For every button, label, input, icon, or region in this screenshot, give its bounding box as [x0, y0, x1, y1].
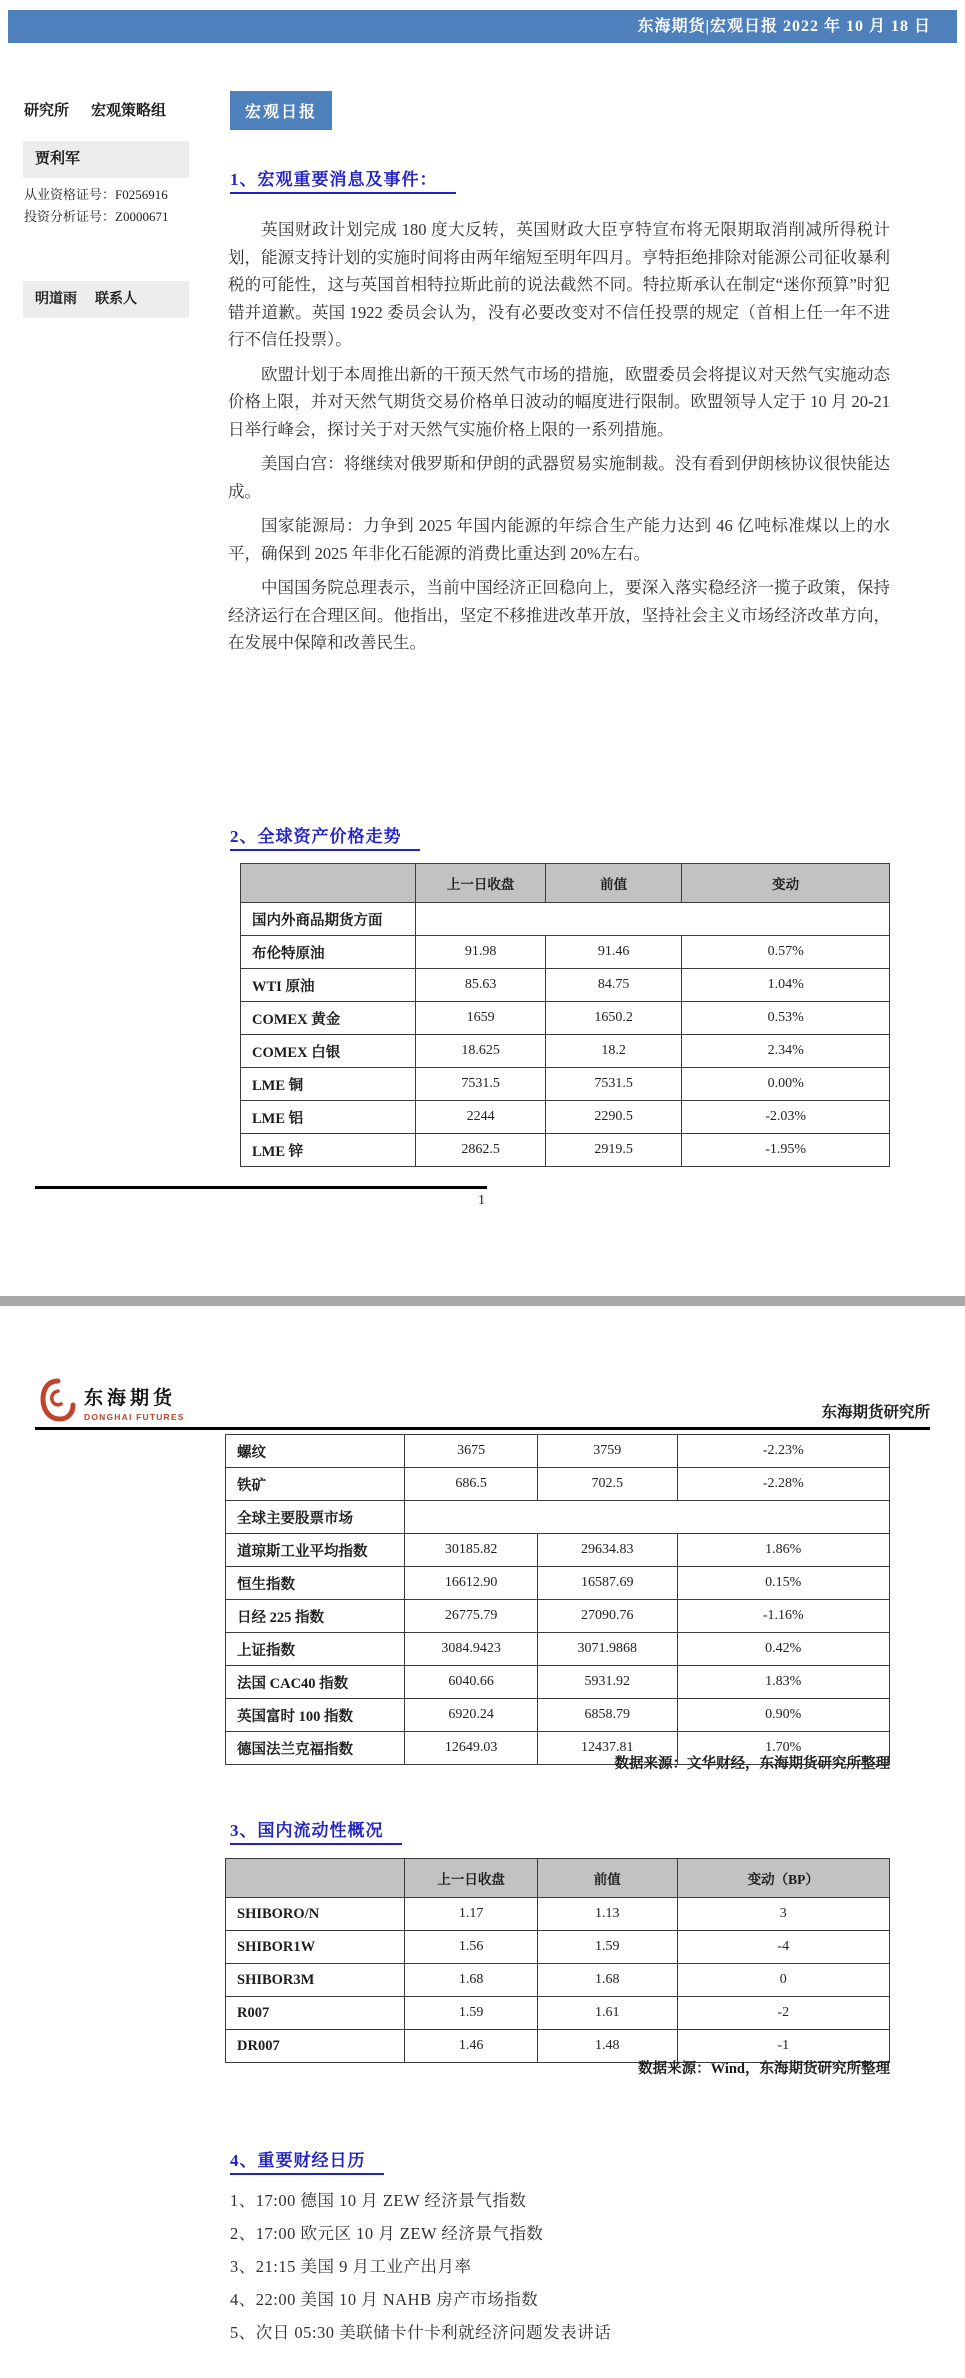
asset-label: 英国富时 100 指数	[226, 1699, 405, 1732]
prior-value: 702.5	[538, 1468, 677, 1501]
prev-close-value: 26775.79	[405, 1600, 538, 1633]
economic-calendar-list: 1、17:00 德国 10 月 ZEW 经济景气指数2、17:00 欧元区 10…	[230, 2184, 890, 2349]
prev-close-value: 3084.9423	[405, 1633, 538, 1666]
change-bp-value: -2	[677, 1997, 890, 2030]
prev-close-value: 30185.82	[405, 1534, 538, 1567]
calendar-item: 1、17:00 德国 10 月 ZEW 经济景气指数	[230, 2184, 890, 2217]
prior-value: 2290.5	[546, 1101, 682, 1134]
team-label: 宏观策略组	[91, 103, 166, 119]
section3-heading: 3、国内流动性概况	[230, 1821, 402, 1845]
contact-role: 联系人	[95, 292, 137, 307]
header-rule	[35, 1427, 930, 1430]
header-cell: 变动（BP）	[677, 1859, 890, 1898]
page-number: 1	[478, 1193, 485, 1209]
calendar-item: 5、次日 05:30 美联储卡什卡利就经济问题发表讲话	[230, 2316, 890, 2349]
sidebar-department: 研究所宏观策略组	[24, 99, 188, 120]
header-cell: 上一日收盘	[416, 864, 546, 903]
change-value: 0.00%	[682, 1068, 890, 1101]
asset-table-row: COMEX 白银 18.625 18.2 2.34%	[241, 1035, 890, 1068]
asset-label: LME 锌	[241, 1134, 416, 1167]
prior-value: 3071.9868	[538, 1633, 677, 1666]
prior-value: 5931.92	[538, 1666, 677, 1699]
asset-table-row: 螺纹 3675 3759 -2.23%	[226, 1435, 890, 1468]
page-separator	[0, 1296, 965, 1306]
asset-label: 全球主要股票市场	[226, 1501, 405, 1534]
prior-value: 6858.79	[538, 1699, 677, 1732]
asset-table-row: 英国富时 100 指数 6920.24 6858.79 0.90%	[226, 1699, 890, 1732]
prev-close-value: 686.5	[405, 1468, 538, 1501]
liquidity-table-row: SHIBOR1W 1.56 1.59 -4	[226, 1931, 890, 1964]
prior-value: 3759	[538, 1435, 677, 1468]
asset-label: WTI 原油	[241, 969, 416, 1002]
prev-close-value: 1659	[416, 1002, 546, 1035]
asset-table-row: 恒生指数 16612.90 16587.69 0.15%	[226, 1567, 890, 1600]
liquidity-table: 上一日收盘前值变动（BP） SHIBORO/N 1.17 1.13 3 SHIB…	[225, 1858, 890, 2063]
practice-cert-number: 从业资格证号：F0256916	[24, 184, 168, 206]
prev-close-value: 18.625	[416, 1035, 546, 1068]
prev-close-value: 1.17	[405, 1898, 538, 1931]
change-value	[677, 1501, 890, 1534]
macro-daily-report: { "colors": { "accent_blue": "#4E80BC", …	[0, 0, 965, 2378]
prior-value: 1650.2	[546, 1002, 682, 1035]
prior-value: 16587.69	[538, 1567, 677, 1600]
rate-label: SHIBOR1W	[226, 1931, 405, 1964]
asset-label: 螺纹	[226, 1435, 405, 1468]
prior-value: 2919.5	[546, 1134, 682, 1167]
prior-value: 1.13	[538, 1898, 677, 1931]
asset-label: 上证指数	[226, 1633, 405, 1666]
asset-table-header-row: 上一日收盘前值变动	[241, 864, 890, 903]
change-value: 0.15%	[677, 1567, 890, 1600]
section2-heading: 2、全球资产价格走势	[230, 827, 420, 851]
asset-table-row: 道琼斯工业平均指数 30185.82 29634.83 1.86%	[226, 1534, 890, 1567]
prev-close-value: 1.68	[405, 1964, 538, 1997]
prev-close-value: 6920.24	[405, 1699, 538, 1732]
prev-close-value: 3675	[405, 1435, 538, 1468]
body-paragraph: 欧盟计划于本周推出新的干预天然气市场的措施，欧盟委员会将提议对天然气实施动态价格…	[228, 361, 890, 444]
body-paragraph: 英国财政计划完成 180 度大反转，英国财政大臣亨特宣布将无限期取消削减所得税计…	[228, 216, 890, 354]
asset-label: COMEX 黄金	[241, 1002, 416, 1035]
section1-heading: 1、宏观重要消息及事件：	[230, 170, 456, 194]
prior-value: 27090.76	[538, 1600, 677, 1633]
prior-value: 1.61	[538, 1997, 677, 2030]
body-paragraph: 美国白宫：将继续对俄罗斯和伊朗的武器贸易实施制裁。没有看到伊朗核协议很快能达成。	[228, 450, 890, 505]
prior-value: 84.75	[546, 969, 682, 1002]
asset-label: 日经 225 指数	[226, 1600, 405, 1633]
header-empty-cell	[241, 864, 416, 903]
asset-label: LME 铜	[241, 1068, 416, 1101]
change-value	[682, 903, 890, 936]
change-bp-value: 0	[677, 1964, 890, 1997]
prior-value	[546, 903, 682, 936]
change-value: 1.04%	[682, 969, 890, 1002]
change-value: -2.23%	[677, 1435, 890, 1468]
prior-value	[538, 1501, 677, 1534]
change-value: 0.53%	[682, 1002, 890, 1035]
prior-value: 1.68	[538, 1964, 677, 1997]
prev-close-value	[416, 903, 546, 936]
header-cell: 前值	[538, 1859, 677, 1898]
prior-value: 29634.83	[538, 1534, 677, 1567]
asset-table-row: LME 锌 2862.5 2919.5 -1.95%	[241, 1134, 890, 1167]
analyst-certificates: 从业资格证号：F0256916 投资分析证号：Z0000671	[24, 184, 168, 228]
liquidity-header-row: 上一日收盘前值变动（BP）	[226, 1859, 890, 1898]
asset-table-row: 布伦特原油 91.98 91.46 0.57%	[241, 936, 890, 969]
calendar-item: 4、22:00 美国 10 月 NAHB 房产市场指数	[230, 2283, 890, 2316]
rate-label: R007	[226, 1997, 405, 2030]
asset-table-row: 上证指数 3084.9423 3071.9868 0.42%	[226, 1633, 890, 1666]
prev-close-value: 1.56	[405, 1931, 538, 1964]
investment-cert-number: 投资分析证号：Z0000671	[24, 206, 168, 228]
report-type-badge: 宏观日报	[230, 91, 332, 130]
section4-heading: 4、重要财经日历	[230, 2151, 384, 2175]
liquidity-table-source: 数据来源：Wind，东海期货研究所整理	[225, 2057, 890, 2078]
change-value: -1.16%	[677, 1600, 890, 1633]
calendar-item: 2、17:00 欧元区 10 月 ZEW 经济景气指数	[230, 2217, 890, 2250]
prev-close-value: 16612.90	[405, 1567, 538, 1600]
prev-close-value: 91.98	[416, 936, 546, 969]
asset-label: 道琼斯工业平均指数	[226, 1534, 405, 1567]
liquidity-table-row: R007 1.59 1.61 -2	[226, 1997, 890, 2030]
donghai-logo: 东海期货 DONGHAI FUTURES	[40, 1377, 185, 1428]
news-paragraphs: 英国财政计划完成 180 度大反转，英国财政大臣亨特宣布将无限期取消削减所得税计…	[228, 216, 890, 664]
change-value: 0.90%	[677, 1699, 890, 1732]
body-paragraph: 国家能源局：力争到 2025 年国内能源的年综合生产能力达到 46 亿吨标准煤以…	[228, 512, 890, 567]
asset-label: COMEX 白银	[241, 1035, 416, 1068]
prev-close-value	[405, 1501, 538, 1534]
prior-value: 18.2	[546, 1035, 682, 1068]
calendar-item: 3、21:15 美国 9 月工业产出月率	[230, 2250, 890, 2283]
prev-close-value: 1.59	[405, 1997, 538, 2030]
analyst-name-box: 贾利军	[23, 141, 189, 178]
asset-table-row: 国内外商品期货方面	[241, 903, 890, 936]
prev-close-value: 2862.5	[416, 1134, 546, 1167]
header-cell: 变动	[682, 864, 890, 903]
change-value: -2.28%	[677, 1468, 890, 1501]
asset-table-row: LME 铜 7531.5 7531.5 0.00%	[241, 1068, 890, 1101]
liquidity-table-row: SHIBORO/N 1.17 1.13 3	[226, 1898, 890, 1931]
asset-label: 恒生指数	[226, 1567, 405, 1600]
change-value: 1.86%	[677, 1534, 890, 1567]
change-value: 0.57%	[682, 936, 890, 969]
department-label: 研究所	[24, 103, 69, 119]
body-paragraph: 中国国务院总理表示，当前中国经济正回稳向上，要深入落实稳经济一揽子政策，保持经济…	[228, 574, 890, 657]
asset-table-row: WTI 原油 85.63 84.75 1.04%	[241, 969, 890, 1002]
footnote-divider	[35, 1186, 487, 1189]
header-cell: 前值	[546, 864, 682, 903]
change-value: 1.83%	[677, 1666, 890, 1699]
asset-table-row: 日经 225 指数 26775.79 27090.76 -1.16%	[226, 1600, 890, 1633]
asset-table-row: LME 铝 2244 2290.5 -2.03%	[241, 1101, 890, 1134]
change-bp-value: 3	[677, 1898, 890, 1931]
liquidity-table-row: SHIBOR3M 1.68 1.68 0	[226, 1964, 890, 1997]
logo-english-text: DONGHAI FUTURES	[84, 1412, 185, 1422]
asset-label: 布伦特原油	[241, 936, 416, 969]
rate-label: SHIBOR3M	[226, 1964, 405, 1997]
change-bp-value: -4	[677, 1931, 890, 1964]
header-empty-cell	[226, 1859, 405, 1898]
logo-chinese-text: 东海期货	[84, 1383, 185, 1410]
prev-close-value: 7531.5	[416, 1068, 546, 1101]
asset-table-source: 数据来源：文华财经，东海期货研究所整理	[225, 1752, 890, 1773]
asset-table-row: 法国 CAC40 指数 6040.66 5931.92 1.83%	[226, 1666, 890, 1699]
asset-label: 国内外商品期货方面	[241, 903, 416, 936]
asset-label: LME 铝	[241, 1101, 416, 1134]
asset-table-row: 铁矿 686.5 702.5 -2.28%	[226, 1468, 890, 1501]
global-asset-table-page1: 上一日收盘前值变动 国内外商品期货方面 布伦特原油 91.98 91.46 0.…	[240, 863, 890, 1167]
change-value: 2.34%	[682, 1035, 890, 1068]
prior-value: 7531.5	[546, 1068, 682, 1101]
report-title-bar: 东海期货|宏观日报 2022 年 10 月 18 日	[8, 10, 957, 43]
prev-close-value: 6040.66	[405, 1666, 538, 1699]
asset-table-row: COMEX 黄金 1659 1650.2 0.53%	[241, 1002, 890, 1035]
asset-label: 铁矿	[226, 1468, 405, 1501]
institute-name: 东海期货研究所	[821, 1400, 930, 1422]
header-cell: 上一日收盘	[405, 1859, 538, 1898]
asset-label: 法国 CAC40 指数	[226, 1666, 405, 1699]
change-value: -1.95%	[682, 1134, 890, 1167]
asset-table-row: 全球主要股票市场	[226, 1501, 890, 1534]
global-asset-table-page2: 螺纹 3675 3759 -2.23% 铁矿 686.5 702.5 -2.28…	[225, 1434, 890, 1765]
prev-close-value: 85.63	[416, 969, 546, 1002]
change-value: 0.42%	[677, 1633, 890, 1666]
contact-box: 明道雨联系人	[23, 281, 189, 318]
change-value: -2.03%	[682, 1101, 890, 1134]
prior-value: 91.46	[546, 936, 682, 969]
donghai-dragon-icon	[40, 1377, 76, 1428]
prev-close-value: 2244	[416, 1101, 546, 1134]
contact-name: 明道雨	[35, 292, 77, 307]
prior-value: 1.59	[538, 1931, 677, 1964]
rate-label: SHIBORO/N	[226, 1898, 405, 1931]
